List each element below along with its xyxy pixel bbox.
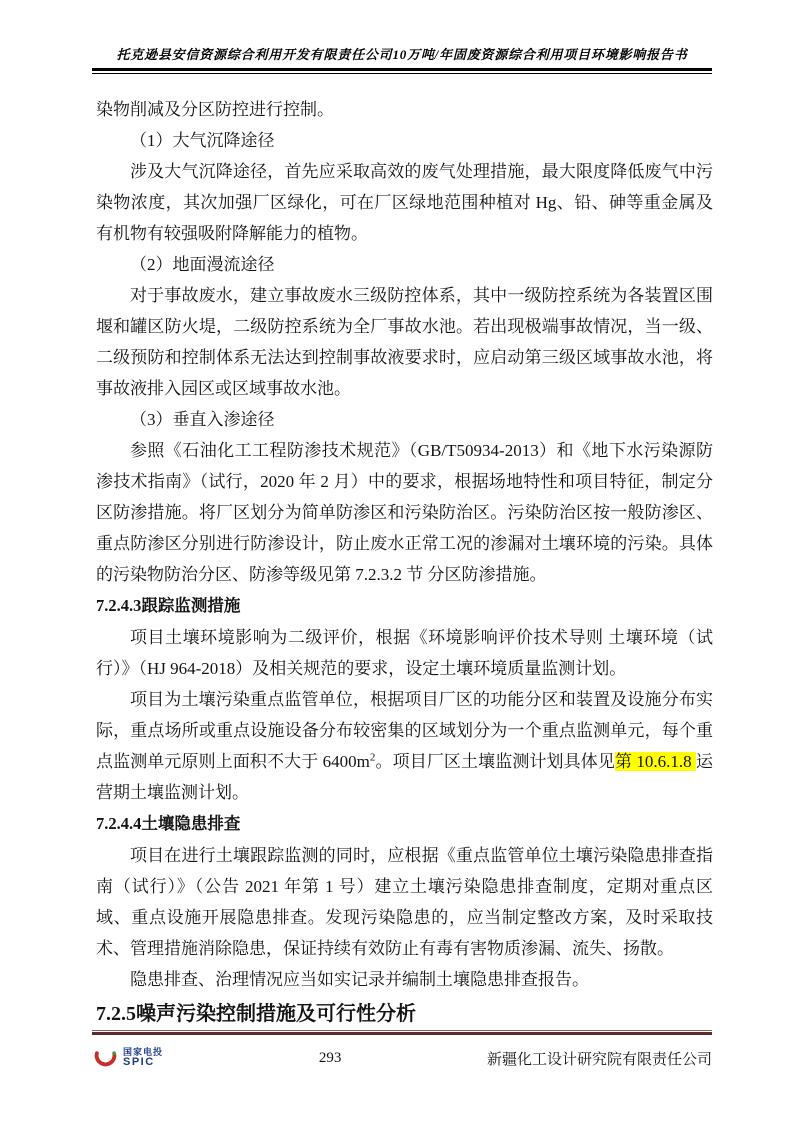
monitor-unit-paragraph: 项目为土壤污染重点监管单位，根据项目厂区的功能分区和装置及设施分布实际，重点场所… [96, 684, 713, 808]
item-2-heading: （2）地面漫流途径 [96, 249, 713, 280]
footer-company-name: 新疆化工设计研究院有限责任公司 [474, 1048, 712, 1069]
section-heading-7-2-4-3: 7.2.4.3跟踪监测措施 [96, 590, 713, 622]
intro-paragraph: 染物削减及分区防控进行控制。 [96, 94, 713, 125]
highlighted-cross-reference: 第 10.6.1.8 [615, 752, 696, 771]
spic-logo-icon [92, 1042, 119, 1074]
monitoring-plan-paragraph: 项目土壤环境影响为二级评价，根据《环境影响评价技术导则 土壤环境（试行）》（HJ… [96, 622, 713, 684]
section-heading-7-2-4-4: 7.2.4.4土壤隐患排查 [96, 808, 713, 840]
footer-rule-thin [92, 1030, 712, 1031]
hazard-record-paragraph: 隐患排查、治理情况应当如实记录并编制土壤隐患排查报告。 [96, 964, 713, 995]
item-3-heading: （3）垂直入渗途径 [96, 404, 713, 435]
section-title: 噪声污染控制措施及可行性分析 [136, 1003, 416, 1025]
section-title: 跟踪监测措施 [141, 597, 240, 615]
header-title: 托克逊县安信资源综合利用开发有限责任公司10万吨/年固废资源综合利用项目环境影响… [92, 44, 712, 63]
item-1-paragraph: 涉及大气沉降途径，首先应采取高效的废气处理措施，最大限度降低废气中污染物浓度，其… [96, 156, 713, 249]
spic-logo: 国家电投 SPIC [92, 1042, 163, 1074]
item-3-paragraph: 参照《石油化工工程防渗技术规范》（GB/T50934-2013）和《地下水污染源… [96, 435, 713, 590]
section-number: 7.2.4.3 [96, 596, 141, 615]
page-footer: 国家电投 SPIC 293 新疆化工设计研究院有限责任公司 [92, 1030, 712, 1074]
header-rule [92, 68, 712, 74]
page-header: 托克逊县安信资源综合利用开发有限责任公司10万吨/年固废资源综合利用项目环境影响… [92, 44, 712, 74]
document-page: 托克逊县安信资源综合利用开发有限责任公司10万吨/年固废资源综合利用项目环境影响… [0, 0, 793, 1122]
footer-row: 国家电投 SPIC 293 新疆化工设计研究院有限责任公司 [92, 1042, 712, 1074]
monitor-unit-text-2: 。项目厂区土壤监测计划具体见 [375, 752, 615, 771]
spic-logo-text-en: SPIC [123, 1057, 163, 1069]
section-number: 7.2.4.4 [96, 814, 141, 833]
page-number: 293 [235, 1050, 426, 1067]
item-1-heading: （1）大气沉降途径 [96, 125, 713, 156]
item-2-paragraph: 对于事故废水，建立事故废水三级防控体系，其中一级防控系统为各装置区围堰和罐区防火… [96, 280, 713, 404]
section-heading-7-2-5: 7.2.5噪声污染控制措施及可行性分析 [96, 997, 713, 1031]
section-title: 土壤隐患排查 [141, 815, 240, 833]
hazard-inspection-paragraph: 项目在进行土壤跟踪监测的同时，应根据《重点监管单位土壤污染隐患排查指南（试行）》… [96, 840, 713, 964]
spic-logo-text: 国家电投 SPIC [123, 1048, 163, 1069]
footer-rule-thick [92, 1032, 712, 1035]
section-number: 7.2.5 [96, 1003, 136, 1025]
document-body: 染物削减及分区防控进行控制。 （1）大气沉降途径 涉及大气沉降途径，首先应采取高… [96, 94, 713, 1031]
